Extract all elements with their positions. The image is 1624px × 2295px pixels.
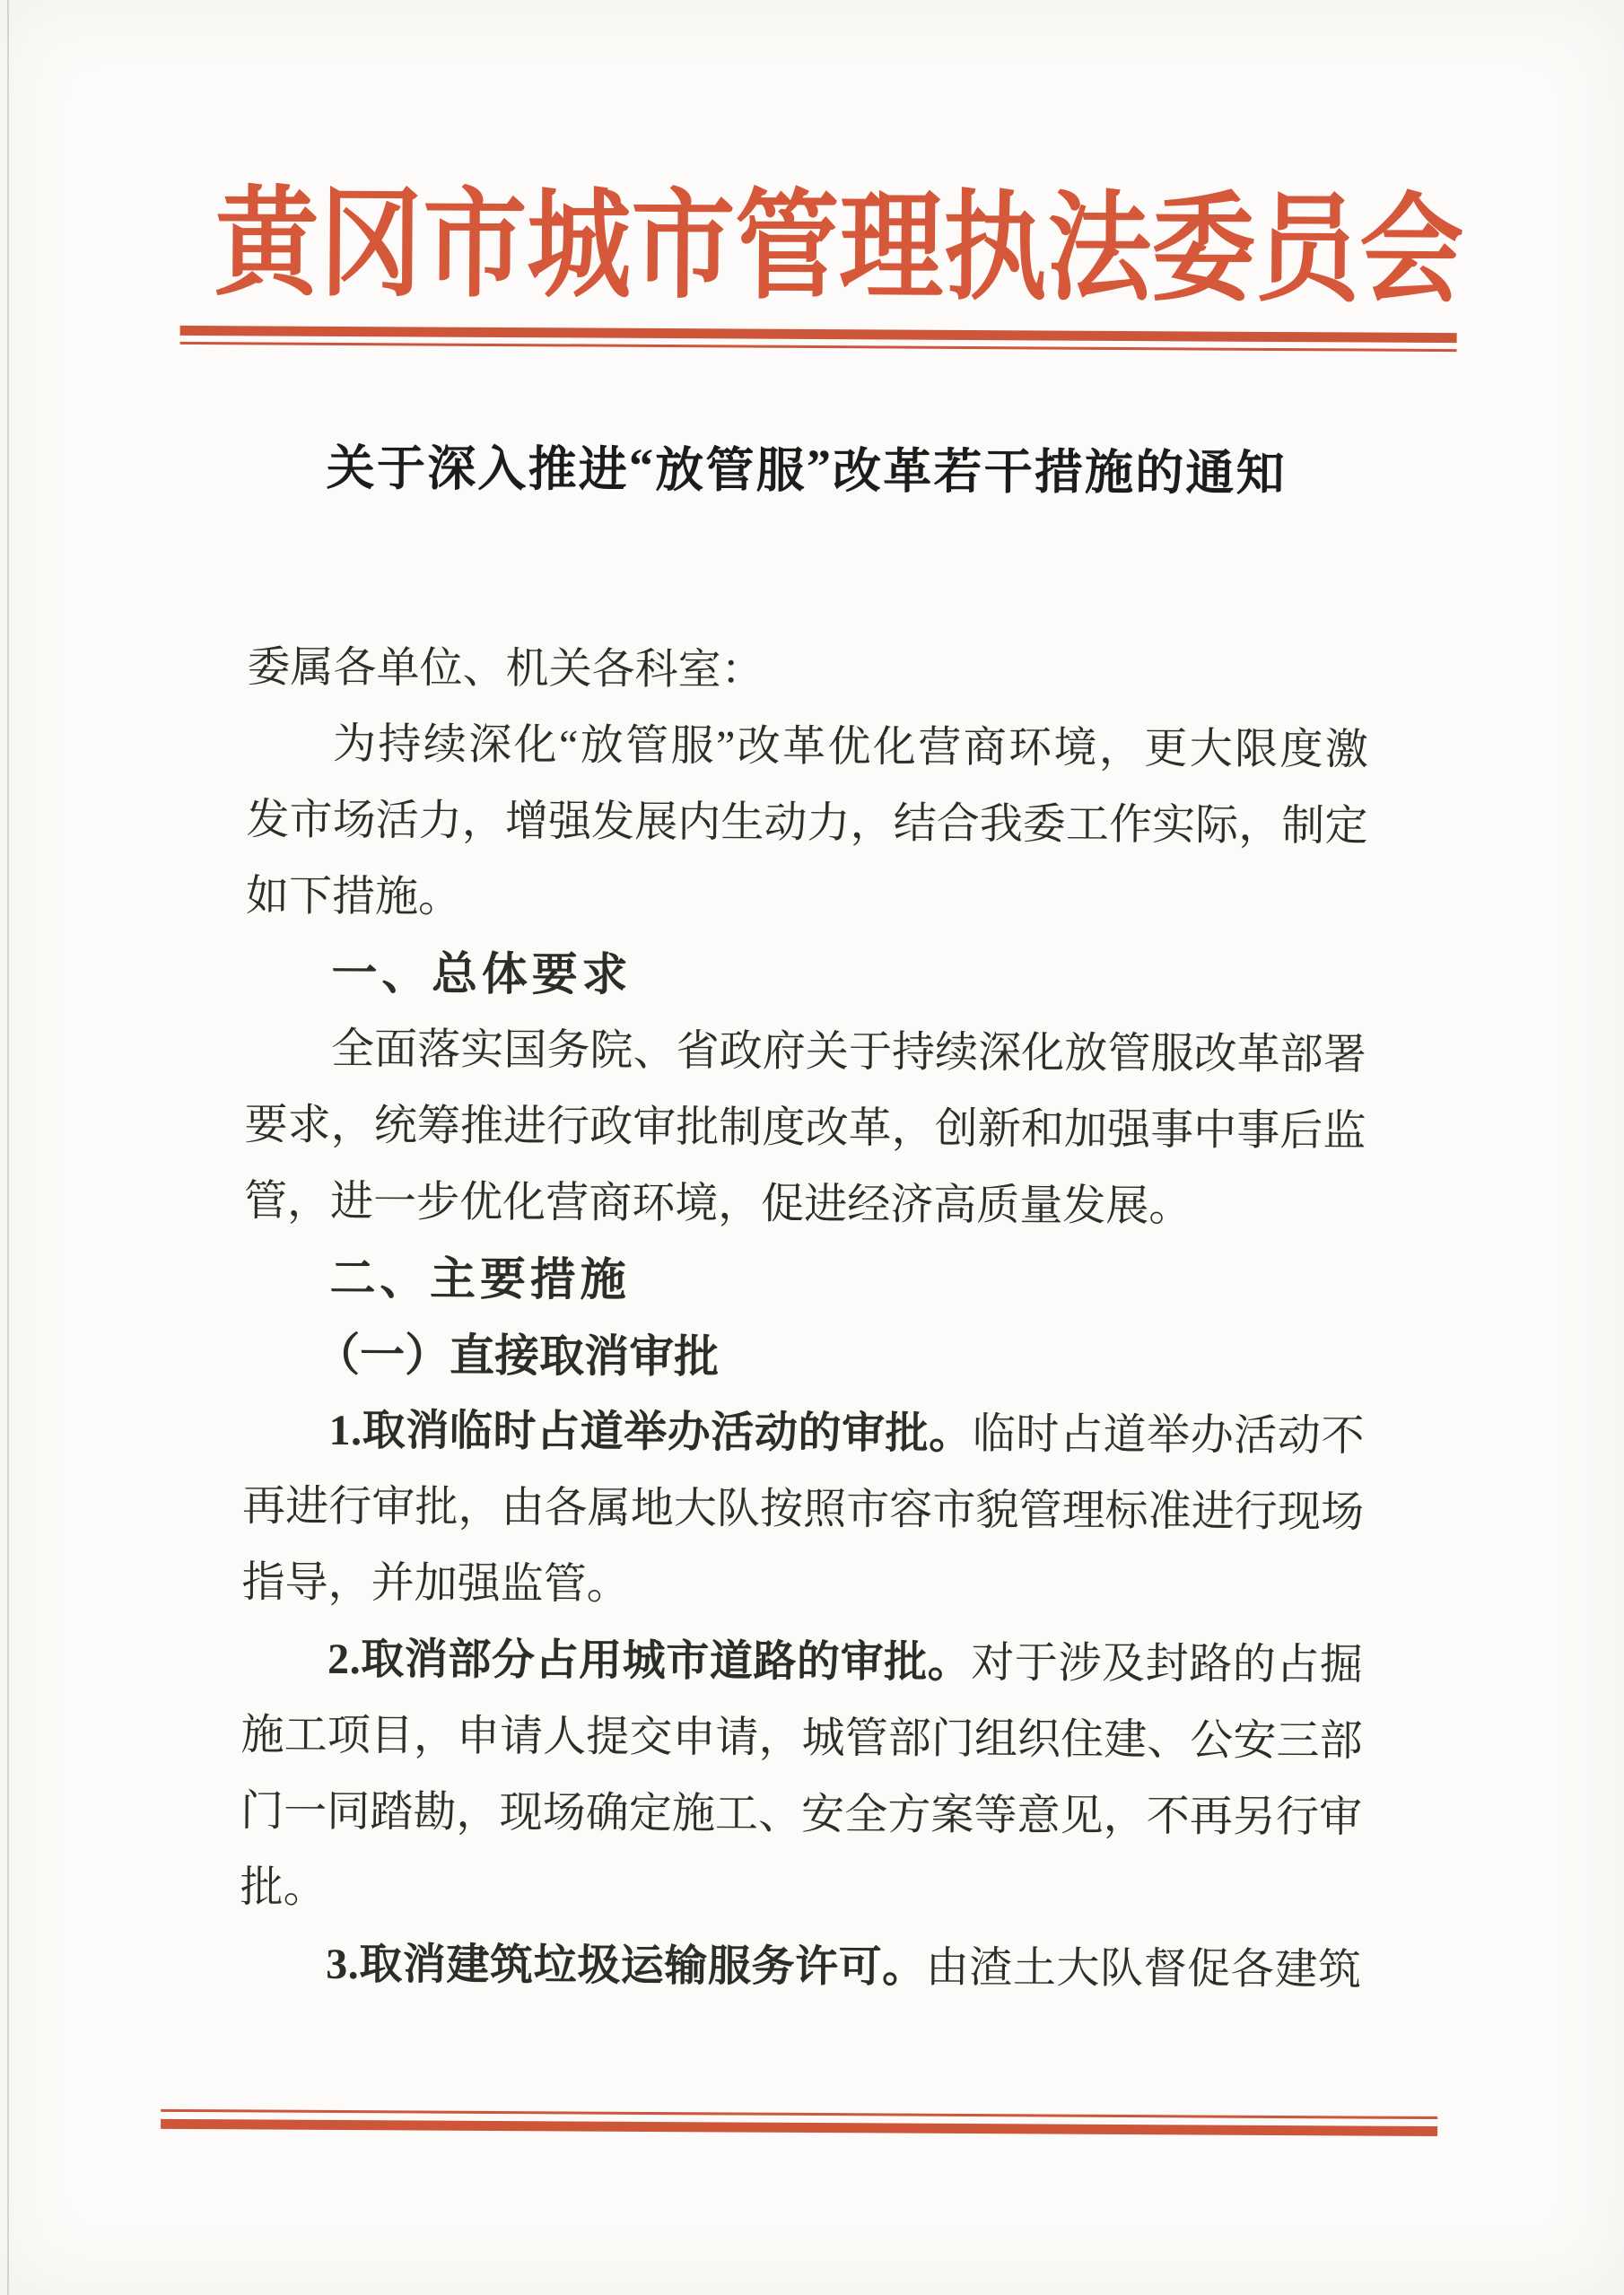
char-cell: 取	[359, 1943, 402, 1986]
char-cell: 全	[331, 1027, 374, 1070]
char-cell: 勘	[413, 1791, 456, 1834]
char-cell: 活	[711, 1411, 754, 1454]
char-cell: 促	[1187, 1948, 1230, 1991]
char-cell: 办	[668, 1411, 711, 1454]
char-cell: ，	[456, 1791, 499, 1834]
line-content: 为持续深化“放管服”改革优化营商环境，更大限度激	[333, 722, 1368, 772]
line-content: 要求，统筹推进行政审批制度改革，创新和加强事中事后监	[244, 1104, 1366, 1153]
char-cell: 三	[1276, 1719, 1319, 1762]
body-line: 2.取消部分占用城市道路的审批。对于涉及封路的占掘	[241, 1620, 1363, 1703]
char-cell: 批	[674, 1334, 719, 1379]
char-cell: 由	[501, 1487, 544, 1530]
char-cell: 活	[1234, 1414, 1277, 1457]
char-cell: 进	[1192, 1490, 1235, 1533]
char-cell: 施	[672, 1793, 715, 1836]
char-cell: ，	[287, 1180, 330, 1223]
char-cell: 。	[418, 876, 461, 919]
rule-thick	[180, 326, 1457, 343]
char-cell: 貌	[975, 1489, 1018, 1532]
char-cell: 活	[376, 799, 419, 842]
char-cell: 临	[450, 1409, 493, 1453]
scanned-document-page: 黄冈市城市管理执法委员会 关于深入推进“放管服”改革若干措施的通知 委属各单位、…	[0, 0, 1624, 2295]
char-cell: 关	[548, 648, 591, 691]
char-cell: 市	[631, 188, 736, 308]
char-cell: 定	[1324, 805, 1367, 848]
char-cell: 。	[1148, 1185, 1192, 1228]
char-cell: 城	[801, 1716, 844, 1759]
char-cell: 审	[633, 1105, 676, 1148]
char-cell: 建	[1104, 1718, 1147, 1761]
char-cell: 革	[883, 432, 931, 502]
char-cell: 另	[1233, 1795, 1276, 1838]
char-cell: 行	[1235, 1490, 1278, 1533]
char-cell: 涉	[1058, 1642, 1101, 1685]
char-cell: 续	[935, 1031, 978, 1074]
char-cell: 改	[1193, 1033, 1236, 1076]
char-cell: 动	[1278, 1414, 1321, 1457]
char-cell: ，	[414, 1715, 457, 1758]
char-cell: 科	[634, 648, 677, 691]
char-cell: 请	[715, 1716, 758, 1759]
char-cell: ，	[458, 1486, 501, 1529]
char-cell: 展	[634, 800, 677, 843]
char-cell: 市	[846, 1488, 889, 1531]
char-cell: 的	[798, 1411, 841, 1454]
char-cell: 政	[589, 1105, 633, 1148]
char-cell: 不	[1321, 1415, 1364, 1458]
char-cell: 理	[1061, 1489, 1104, 1532]
char-cell: 要	[244, 1104, 287, 1147]
char-cell: 国	[503, 1029, 546, 1072]
char-cell: 加	[415, 1562, 458, 1605]
char-cell: 创	[935, 1107, 978, 1150]
char-cell: 商	[589, 1182, 632, 1225]
char-cell: 消	[403, 1943, 446, 1986]
char-cell: 动	[764, 801, 807, 844]
char-cell: 务	[751, 1945, 794, 1988]
body-line: 批。	[240, 1849, 1361, 1932]
rule-thin	[161, 2109, 1437, 2119]
document-content: 黄冈市城市管理执法委员会 关于深入推进“放管服”改革若干措施的通知 委属各单位、…	[0, 0, 1624, 2295]
char-cell: 放	[655, 431, 703, 500]
line-content: 1.取消临时占道举办活动的审批。临时占道举办活动不	[328, 1409, 1364, 1458]
char-cell: 单	[376, 647, 419, 690]
document-title: 关于深入推进“放管服”改革若干措施的通知	[327, 435, 1285, 498]
body-line: 要求，统筹推进行政审批制度改革，创新和加强事中事后监	[244, 1086, 1366, 1169]
char-cell: 市	[423, 187, 528, 306]
char-cell: 路	[1189, 1643, 1232, 1686]
char-cell: 法	[1047, 190, 1152, 310]
line-content: 再进行审批，由各属地大队按照市容市貌管理标准进行现场	[242, 1485, 1364, 1534]
char-cell: 、	[380, 1255, 425, 1301]
rule-thin	[180, 342, 1457, 352]
char-cell: 场	[333, 798, 376, 842]
char-cell: 导	[284, 1561, 327, 1604]
char-cell: 筑	[1318, 1949, 1361, 1992]
char-cell: 批	[415, 1486, 458, 1529]
char-cell: 展	[1105, 1184, 1148, 1227]
char-cell: 一	[373, 1181, 416, 1224]
line-content: 全面落实国务院、省政府关于持续深化放管服改革部署	[331, 1027, 1366, 1077]
char-cell: 革	[782, 725, 825, 768]
salutation-line: 委属各单位、机关各科室：	[247, 629, 1368, 711]
char-cell: 若	[933, 432, 982, 502]
char-cell: 委	[1023, 803, 1066, 846]
char-cell: 质	[976, 1184, 1019, 1227]
char-cell: 一	[284, 1790, 327, 1833]
char-cell: 。	[587, 1563, 630, 1606]
char-cell: 组	[974, 1718, 1017, 1761]
char-cell: 量	[1019, 1184, 1062, 1227]
char-cell: 。	[928, 1641, 971, 1684]
char-cell: 项	[327, 1714, 371, 1757]
char-cell: 土	[1013, 1947, 1056, 1990]
char-cell: .	[350, 1638, 361, 1681]
char-cell: 部	[888, 1717, 931, 1760]
char-cell: 化	[873, 726, 916, 769]
char-cell: 管	[705, 432, 754, 501]
char-cell: 发	[246, 798, 289, 842]
char-cell: 改	[833, 432, 881, 502]
char-cell: 深	[427, 430, 476, 499]
char-cell: 封	[1145, 1643, 1188, 1686]
char-cell: 措	[530, 1256, 576, 1302]
char-cell: 现	[1278, 1490, 1321, 1533]
char-cell: 部	[1280, 1034, 1323, 1077]
char-cell: 一	[331, 950, 377, 996]
char-cell: 属	[290, 646, 333, 689]
masthead-double-rule	[180, 326, 1457, 352]
char-cell: 安	[1233, 1719, 1276, 1762]
char-cell: 下	[289, 875, 332, 918]
body-line: 发市场活力，增强发展内生动力，结合我委工作实际，制定	[246, 781, 1367, 864]
body-line: 全面落实国务院、省政府关于持续深化放管服改革部署	[245, 1010, 1366, 1093]
char-cell: 批	[240, 1866, 284, 1909]
char-cell: 监	[1323, 1110, 1366, 1153]
char-cell: 冈	[319, 187, 423, 306]
char-cell: 内	[677, 801, 720, 844]
char-cell: 生	[720, 801, 764, 844]
char-cell: 。	[882, 1946, 925, 1989]
char-cell: 举	[1147, 1414, 1190, 1457]
body-line: 门一同踏勘，现场确定施工、安全方案等意见，不再另行审	[240, 1773, 1362, 1855]
char-cell: 等	[974, 1794, 1017, 1837]
char-cell: 求	[581, 952, 627, 998]
line-content: 一、总体要求	[331, 950, 627, 998]
char-cell: 运	[621, 1944, 664, 1987]
char-cell: 请	[500, 1715, 543, 1758]
char-cell: 指	[241, 1561, 284, 1604]
char-cell: 进	[579, 431, 627, 500]
char-cell: 主	[430, 1256, 476, 1302]
char-cell: 目	[371, 1715, 414, 1758]
char-cell: 统	[374, 1104, 417, 1147]
char-cell: ，	[718, 1182, 761, 1226]
char-cell: 筹	[417, 1104, 460, 1147]
char-cell: 路	[753, 1640, 796, 1683]
char-cell: 、	[633, 1029, 676, 1072]
line-content: 施工项目，申请人提交申请，城管部门组织住建、公安三部	[240, 1714, 1362, 1763]
char-cell: 门	[240, 1790, 284, 1833]
line-content: 指导，并加强监管。	[241, 1561, 629, 1606]
char-cell: 限	[1235, 728, 1278, 771]
char-cell: 各	[591, 648, 634, 691]
char-cell: 和	[1021, 1108, 1064, 1151]
char-cell: 审	[840, 1641, 883, 1684]
char-cell: 、	[381, 950, 427, 996]
char-cell: 用	[579, 1639, 622, 1682]
char-cell: 市	[666, 1640, 709, 1683]
char-cell: 际	[1195, 804, 1238, 847]
char-cell: 结	[894, 802, 937, 845]
char-cell: 室	[677, 649, 720, 692]
char-cell: 如	[246, 875, 289, 918]
char-cell: 改	[805, 1106, 848, 1149]
char-cell: 取	[361, 1638, 404, 1681]
char-cell: 理	[839, 189, 944, 309]
char-cell: 全	[844, 1793, 887, 1837]
char-cell: 行	[546, 1105, 589, 1148]
char-cell: 交	[629, 1715, 672, 1758]
char-cell: 取	[539, 1333, 584, 1378]
char-cell: 属	[588, 1487, 631, 1530]
char-cell: 工	[284, 1714, 327, 1757]
char-cell: 境	[1053, 727, 1096, 770]
char-cell: 举	[624, 1410, 667, 1453]
char-cell: 通	[1185, 434, 1234, 503]
char-cell: 优	[827, 726, 870, 769]
char-cell: 黄	[214, 186, 319, 305]
char-cell: 要	[480, 1256, 526, 1302]
char-cell: 府	[763, 1030, 806, 1073]
char-cell: ，	[1238, 804, 1281, 847]
char-cell: 。	[929, 1412, 972, 1455]
char-cell: 管	[735, 188, 840, 308]
char-cell: 面	[374, 1028, 417, 1071]
char-cell: 强	[548, 800, 591, 843]
char-cell: 持	[892, 1031, 935, 1074]
char-cell: 消	[406, 1409, 449, 1453]
char-cell: 发	[591, 800, 634, 843]
char-cell: 准	[1148, 1490, 1192, 1533]
char-cell: 实	[460, 1028, 503, 1071]
char-cell: 改	[738, 725, 781, 768]
char-cell: 、	[462, 647, 505, 690]
char-cell: 时	[493, 1409, 536, 1453]
char-cell: 各	[333, 646, 376, 689]
char-cell: 制	[719, 1106, 762, 1149]
char-cell: 施	[580, 1257, 625, 1303]
char-cell: 委	[247, 646, 290, 689]
char-cell: 直	[450, 1332, 494, 1377]
char-cell: 管	[625, 724, 668, 767]
char-cell: 一	[360, 1332, 405, 1377]
char-cell: 事	[1150, 1109, 1193, 1152]
char-cell: 审	[842, 1412, 885, 1455]
char-cell: 入	[477, 430, 526, 499]
char-cell: 省	[677, 1030, 720, 1073]
char-cell: 发	[1062, 1184, 1105, 1227]
char-cell: 行	[1276, 1795, 1319, 1838]
char-cell: 推	[460, 1104, 503, 1147]
char-cell: 施	[1085, 433, 1133, 502]
char-cell: 取	[362, 1409, 406, 1453]
char-cell: 力	[807, 801, 850, 844]
char-cell: 强	[1107, 1108, 1150, 1151]
char-cell: 可	[838, 1946, 881, 1989]
char-cell: 的	[797, 1640, 840, 1683]
char-cell: 进	[804, 1182, 847, 1226]
char-cell: 革	[1237, 1033, 1280, 1076]
char-cell: 办	[1191, 1414, 1234, 1457]
char-cell: “	[559, 724, 579, 767]
char-cell: 优	[459, 1181, 502, 1224]
char-cell: 管	[1107, 1032, 1150, 1075]
char-cell: 织	[1017, 1718, 1061, 1761]
char-cell: 后	[1279, 1110, 1323, 1153]
char-cell: 各	[1231, 1948, 1274, 1991]
char-cell: 体	[482, 951, 528, 997]
char-cell: 渣	[969, 1947, 1012, 1990]
char-cell: 进	[330, 1180, 373, 1223]
char-cell: 地	[631, 1487, 674, 1530]
char-cell: 委	[1151, 191, 1256, 310]
body-line: 3.取消建筑垃圾运输服务许可。由渣土大队督促各建筑	[240, 1925, 1361, 2008]
char-cell: 放	[1064, 1032, 1107, 1075]
char-cell: 意	[1017, 1794, 1060, 1837]
char-cell: 占	[1276, 1643, 1319, 1686]
char-cell: 会	[1359, 192, 1464, 311]
section-heading: 一、总体要求	[245, 934, 1366, 1017]
char-cell: 度	[762, 1106, 805, 1149]
char-cell: 1	[328, 1409, 350, 1452]
char-cell: 场	[543, 1792, 586, 1835]
char-cell: 管	[244, 1180, 287, 1223]
char-cell: 工	[715, 1793, 758, 1836]
char-cell: 占	[537, 1410, 580, 1453]
char-cell: 临	[973, 1413, 1016, 1456]
char-cell: 制	[1281, 805, 1324, 848]
char-cell: 强	[458, 1562, 501, 1605]
char-cell: 容	[889, 1488, 932, 1531]
char-cell: 安	[801, 1793, 844, 1836]
char-cell: 推	[528, 431, 576, 500]
char-cell: 位	[419, 647, 462, 690]
char-cell: 提	[586, 1715, 629, 1758]
char-cell: 审	[371, 1486, 415, 1529]
char-cell: 大	[1056, 1947, 1099, 1990]
char-cell: 管	[1018, 1489, 1061, 1532]
char-cell: 深	[978, 1032, 1021, 1075]
char-cell: 院	[589, 1029, 633, 1072]
line-content: 2.取消部分占用城市道路的审批。对于涉及封路的占掘	[327, 1637, 1363, 1687]
subsection-heading: （一）直接取消审批	[243, 1315, 1365, 1398]
line-content: 管，进一步优化营商环境，促进经济高质量发展。	[244, 1180, 1192, 1228]
char-cell: 再	[1190, 1795, 1233, 1838]
char-cell: 确	[586, 1792, 629, 1835]
char-cell: 占	[1060, 1413, 1103, 1456]
char-cell: 踏	[370, 1791, 413, 1834]
char-cell: 执	[943, 190, 1048, 310]
char-cell: 许	[795, 1945, 838, 1988]
char-cell: 管	[845, 1717, 888, 1760]
char-cell: 于	[1015, 1642, 1058, 1685]
char-cell: 于	[377, 430, 425, 499]
char-cell: ，	[331, 1104, 374, 1147]
char-cell: 商	[964, 726, 1007, 769]
char-cell: 加	[1064, 1108, 1107, 1151]
body-line: 施工项目，申请人提交申请，城管部门组织住建、公安三部	[240, 1697, 1362, 1779]
char-cell: 落	[417, 1028, 460, 1071]
char-cell: 的	[1135, 434, 1183, 503]
char-cell: 营	[918, 726, 961, 769]
char-cell: 机	[505, 648, 548, 691]
char-cell: 见	[1060, 1794, 1103, 1837]
char-cell: ”	[807, 439, 831, 494]
char-cell: 由	[926, 1946, 969, 1989]
char-cell: 住	[1061, 1718, 1104, 1761]
char-cell: 输	[664, 1945, 707, 1988]
char-cell: 2	[327, 1637, 349, 1680]
char-cell: ）	[405, 1332, 450, 1377]
char-cell: 接	[494, 1332, 539, 1377]
char-cell: 服	[755, 432, 804, 501]
char-cell: 作	[1109, 803, 1152, 846]
char-cell: 队	[717, 1488, 760, 1531]
line-content: 二、主要措施	[329, 1255, 625, 1303]
char-cell: 续	[423, 723, 467, 766]
char-cell: 大	[674, 1488, 717, 1531]
char-cell: 要	[532, 951, 578, 997]
char-cell: 工	[1066, 803, 1109, 846]
char-cell: 人	[543, 1715, 586, 1758]
char-cell: 新	[978, 1108, 1021, 1151]
char-cell: 时	[1016, 1413, 1059, 1456]
char-cell: “	[629, 438, 653, 493]
char-cell: 持	[378, 723, 421, 766]
char-cell: 关	[806, 1030, 849, 1073]
char-cell: 建	[446, 1943, 489, 1986]
char-cell: 措	[332, 875, 375, 918]
char-cell: 激	[1325, 729, 1368, 772]
char-cell: 高	[933, 1183, 976, 1226]
char-cell: 建	[1274, 1948, 1317, 1991]
char-cell: 政	[720, 1030, 763, 1073]
char-cell: 3	[326, 1942, 347, 1985]
char-cell: 实	[1152, 804, 1195, 847]
char-cell: 督	[1144, 1948, 1187, 1991]
char-cell: 掘	[1320, 1644, 1363, 1687]
char-cell: 服	[708, 1945, 751, 1988]
char-cell: 公	[1190, 1719, 1233, 1762]
char-cell: 标	[1105, 1489, 1148, 1532]
char-cell: 革	[848, 1107, 891, 1150]
char-cell: 申	[672, 1716, 715, 1759]
char-cell: 度	[1279, 728, 1323, 771]
char-cell: ，	[758, 1716, 801, 1759]
char-cell: ，	[1099, 727, 1142, 770]
char-cell: 环	[1008, 727, 1052, 770]
char-cell: 管	[544, 1563, 587, 1606]
char-cell: 求	[287, 1104, 330, 1147]
char-cell: 批	[884, 1641, 927, 1684]
masthead-org-title: 黄冈市城市管理执法委员会	[214, 179, 1412, 319]
char-cell: 对	[971, 1642, 1014, 1685]
line-content: 发市场活力，增强发展内生动力，结合我委工作实际，制定	[246, 798, 1367, 848]
char-cell: 、	[1147, 1719, 1190, 1762]
char-cell: 干	[983, 433, 1032, 502]
char-cell: 部	[448, 1638, 491, 1681]
